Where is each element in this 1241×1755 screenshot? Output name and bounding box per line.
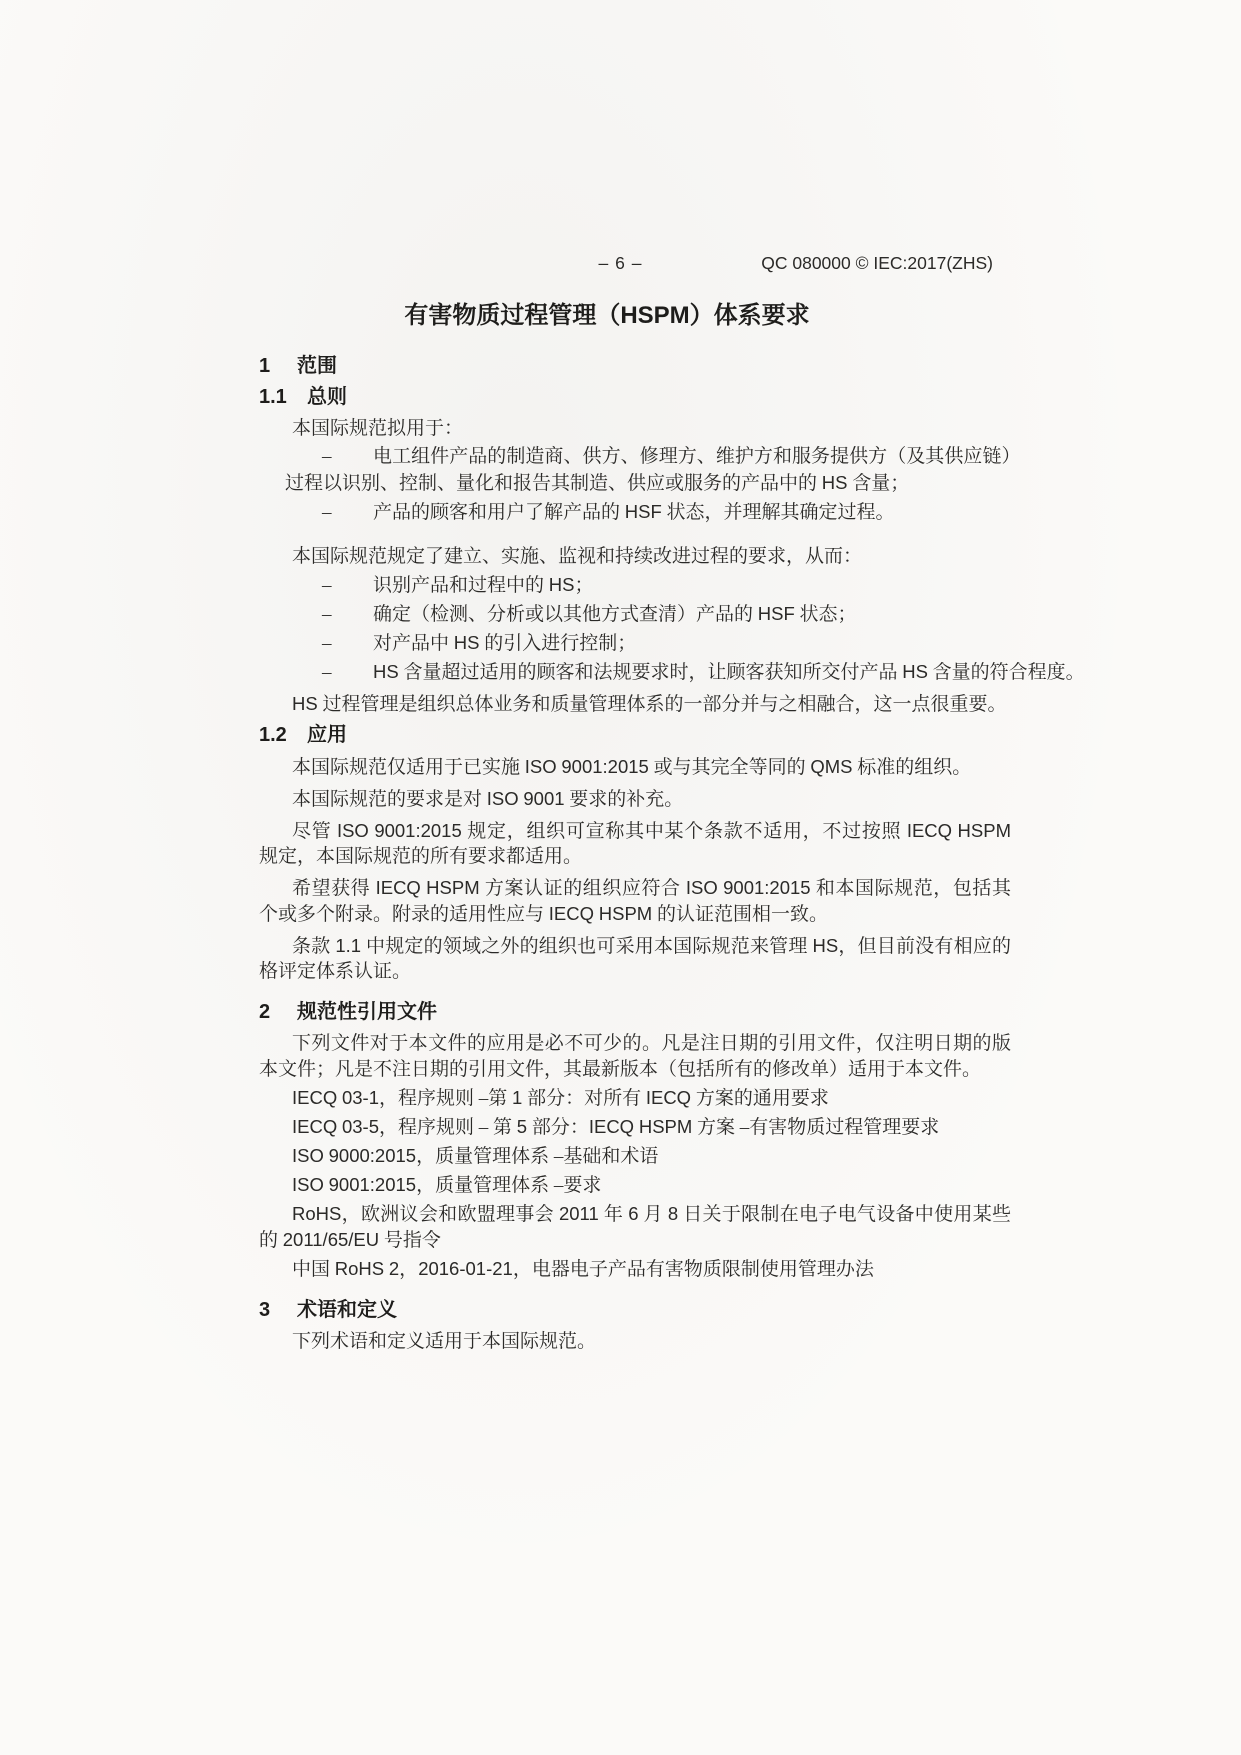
bullet-dash: – bbox=[322, 602, 373, 628]
bullet-item: –对产品中 HS 的引入进行控制； bbox=[259, 630, 1011, 657]
reference-line: IECQ 03-5，程序规则 – 第 5 部分：IECQ HSPM 方案 –有害… bbox=[259, 1114, 1011, 1141]
reference-item: ISO 9000:2015，质量管理体系 –基础和术语 bbox=[259, 1143, 1011, 1170]
document-page: – 6 – QC 080000 © IEC:2017(ZHS) 有害物质过程管理… bbox=[0, 0, 1241, 1755]
document-body: 有害物质过程管理（HSPM）体系要求 1范围1.1总则本国际规范拟用于：–电工组… bbox=[259, 292, 1011, 1355]
bullet-line: –确定（检测、分析或以其他方式查清）产品的 HSF 状态； bbox=[259, 601, 1011, 628]
reference-item: IECQ 03-1，程序规则 –第 1 部分：对所有 IECQ 方案的通用要求 bbox=[259, 1085, 1011, 1112]
bullet-item: –确定（检测、分析或以其他方式查清）产品的 HSF 状态； bbox=[259, 601, 1011, 628]
paragraph: HS 过程管理是组织总体业务和质量管理体系的一部分并与之相融合，这一点很重要。 bbox=[259, 691, 1011, 718]
bullet-line: –对产品中 HS 的引入进行控制； bbox=[259, 630, 1011, 657]
paragraph: 希望获得 IECQ HSPM 方案认证的组织应符合 ISO 9001:2015 … bbox=[259, 875, 1011, 928]
bullet-line: –产品的顾客和用户了解产品的 HSF 状态，并理解其确定过程。 bbox=[259, 499, 1011, 526]
paragraph-line: HS 过程管理是组织总体业务和质量管理体系的一部分并与之相融合，这一点很重要。 bbox=[259, 691, 1011, 718]
reference-item: IECQ 03-5，程序规则 – 第 5 部分：IECQ HSPM 方案 –有害… bbox=[259, 1114, 1011, 1141]
document-reference: QC 080000 © IEC:2017(ZHS) bbox=[761, 253, 993, 274]
section-heading: 1.2应用 bbox=[259, 722, 1011, 749]
paragraph-line: 本国际规范的要求是对 ISO 9001 要求的补充。 bbox=[259, 786, 1011, 813]
bullet-item: –HS 含量超过适用的顾客和法规要求时，让顾客获知所交付产品 HS 含量的符合程… bbox=[259, 659, 1011, 686]
bullet-dash: – bbox=[322, 573, 373, 599]
bullet-line: –电工组件产品的制造商、供方、修理方、维护方和服务提供方（及其供应链）建立 bbox=[259, 444, 1011, 470]
document-title: 有害物质过程管理（HSPM）体系要求 bbox=[259, 300, 1011, 332]
paragraph: 下列文件对于本文件的应用是必不可少的。凡是注日期的引用文件，仅注明日期的版本适用… bbox=[259, 1031, 1011, 1083]
paragraph: 条款 1.1 中规定的领域之外的组织也可采用本国际规范来管理 HS，但目前没有相… bbox=[259, 933, 1011, 985]
bullet-line: –识别产品和过程中的 HS； bbox=[259, 572, 1011, 599]
paragraph-line: 下列文件对于本文件的应用是必不可少的。凡是注日期的引用文件，仅注明日期的版本适用… bbox=[259, 1031, 1011, 1057]
paragraph-line: 下列术语和定义适用于本国际规范。 bbox=[259, 1329, 1011, 1355]
reference-item: 中国 RoHS 2，2016-01-21，电器电子产品有害物质限制使用管理办法 bbox=[259, 1256, 1011, 1283]
bullet-dash: – bbox=[322, 444, 373, 470]
paragraph-line: 本文件；凡是不注日期的引用文件，其最新版本（包括所有的修改单）适用于本文件。 bbox=[259, 1057, 1011, 1083]
bullet-line: –HS 含量超过适用的顾客和法规要求时，让顾客获知所交付产品 HS 含量的符合程… bbox=[259, 659, 1011, 686]
section-heading: 2规范性引用文件 bbox=[259, 998, 1011, 1026]
bullet-item: –电工组件产品的制造商、供方、修理方、维护方和服务提供方（及其供应链）建立过程以… bbox=[259, 444, 1011, 497]
paragraph: 下列术语和定义适用于本国际规范。 bbox=[259, 1329, 1011, 1355]
bullet-dash: – bbox=[322, 631, 373, 657]
section-heading: 1范围 bbox=[259, 352, 1011, 380]
reference-item: RoHS，欧洲议会和欧盟理事会 2011 年 6 月 8 日关于限制在电子电气设… bbox=[259, 1201, 1011, 1254]
reference-line: IECQ 03-1，程序规则 –第 1 部分：对所有 IECQ 方案的通用要求 bbox=[259, 1085, 1011, 1112]
bullet-item: –识别产品和过程中的 HS； bbox=[259, 572, 1011, 599]
heading-label: 规范性引用文件 bbox=[297, 1001, 437, 1023]
heading-label: 范围 bbox=[297, 355, 337, 377]
paragraph: 本国际规范的要求是对 ISO 9001 要求的补充。 bbox=[259, 786, 1011, 813]
heading-label: 应用 bbox=[307, 724, 347, 746]
paragraph-line: 规定，本国际规范的所有要求都适用。 bbox=[259, 844, 1011, 870]
paragraph: 本国际规范拟用于： bbox=[259, 416, 1011, 442]
paragraph-line: 个或多个附录。附录的适用性应与 IECQ HSPM 的认证范围相一致。 bbox=[259, 901, 1011, 928]
section-heading: 3术语和定义 bbox=[259, 1296, 1011, 1324]
page-number: – 6 – bbox=[0, 253, 1241, 274]
bullet-dash: – bbox=[322, 500, 373, 526]
paragraph: 本国际规范规定了建立、实施、监视和持续改进过程的要求，从而： bbox=[259, 544, 1011, 570]
bullet-dash: – bbox=[322, 660, 373, 686]
paragraph-line: 尽管 ISO 9001:2015 规定，组织可宣称其中某个条款不适用，不过按照 … bbox=[259, 818, 1011, 844]
reference-line: 的 2011/65/EU 号指令 bbox=[259, 1227, 1011, 1254]
reference-line: RoHS，欧洲议会和欧盟理事会 2011 年 6 月 8 日关于限制在电子电气设… bbox=[259, 1201, 1011, 1227]
paragraph: 本国际规范仅适用于已实施 ISO 9001:2015 或与其完全等同的 QMS … bbox=[259, 754, 1011, 781]
paragraph-line: 本国际规范拟用于： bbox=[259, 416, 1011, 442]
heading-label: 术语和定义 bbox=[297, 1299, 397, 1321]
paragraph-line: 希望获得 IECQ HSPM 方案认证的组织应符合 ISO 9001:2015 … bbox=[259, 875, 1011, 901]
section-heading: 1.1总则 bbox=[259, 384, 1011, 411]
heading-number: 1.1 bbox=[259, 384, 307, 411]
paragraph-line: 本国际规范规定了建立、实施、监视和持续改进过程的要求，从而： bbox=[259, 544, 1011, 570]
reference-item: ISO 9001:2015，质量管理体系 –要求 bbox=[259, 1172, 1011, 1199]
heading-number: 3 bbox=[259, 1296, 297, 1324]
reference-line: ISO 9001:2015，质量管理体系 –要求 bbox=[259, 1172, 1011, 1199]
heading-number: 1 bbox=[259, 352, 297, 380]
heading-number: 2 bbox=[259, 998, 297, 1026]
paragraph-line: 格评定体系认证。 bbox=[259, 959, 1011, 985]
page-header: – 6 – QC 080000 © IEC:2017(ZHS) bbox=[0, 253, 1241, 277]
bullet-item: –产品的顾客和用户了解产品的 HSF 状态，并理解其确定过程。 bbox=[259, 499, 1011, 526]
bullet-line: 过程以识别、控制、量化和报告其制造、供应或服务的产品中的 HS 含量； bbox=[259, 470, 1011, 497]
heading-label: 总则 bbox=[307, 386, 347, 408]
paragraph-line: 本国际规范仅适用于已实施 ISO 9001:2015 或与其完全等同的 QMS … bbox=[259, 754, 1011, 781]
reference-line: 中国 RoHS 2，2016-01-21，电器电子产品有害物质限制使用管理办法 bbox=[259, 1256, 1011, 1283]
heading-number: 1.2 bbox=[259, 722, 307, 749]
paragraph: 尽管 ISO 9001:2015 规定，组织可宣称其中某个条款不适用，不过按照 … bbox=[259, 818, 1011, 870]
reference-line: ISO 9000:2015，质量管理体系 –基础和术语 bbox=[259, 1143, 1011, 1170]
paragraph-line: 条款 1.1 中规定的领域之外的组织也可采用本国际规范来管理 HS，但目前没有相… bbox=[259, 933, 1011, 959]
